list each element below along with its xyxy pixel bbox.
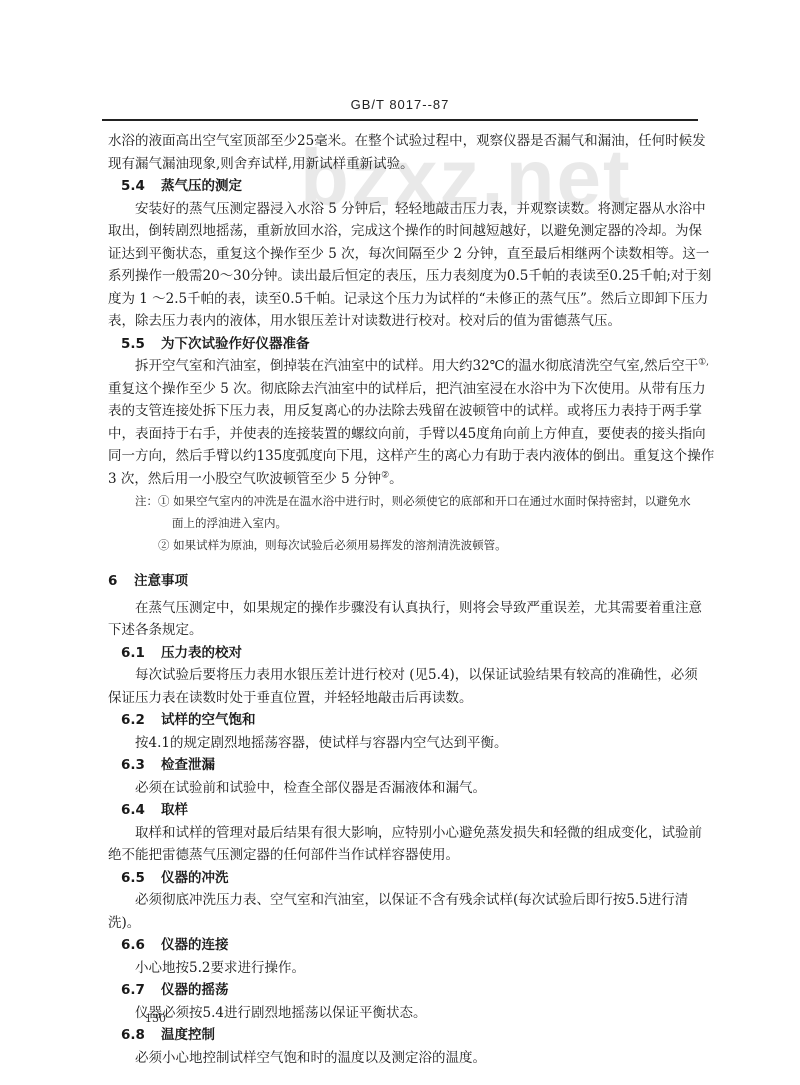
- section-number: 6.3: [121, 754, 161, 777]
- section-number: 6.7: [121, 979, 161, 1002]
- paragraph-line: 中，表面持于右手，并使表的连接装置的螺纹向前，手臂以45度角向前上方伸直，要使表…: [108, 423, 698, 446]
- line-text: 拆开空气室和汽油室，倒掉装在汽油室中的试样。用大约32℃的温水彻底清洗空气室,然…: [135, 358, 698, 374]
- section-number: 6.5: [121, 867, 161, 890]
- paragraph-line: 表的支管连接处拆下压力表，用反复离心的办法除去残留在波顿管中的试样。或将压力表持…: [108, 400, 698, 423]
- paragraph-line: 必须在试验前和试验中，检查全部仪器是否漏液体和漏气。: [108, 777, 698, 800]
- paragraph-line: 同一方向，然后手臂以约135度弧度向下甩，这样产生的离心力有助于表内液体的倒出。…: [108, 445, 698, 468]
- section-title: 温度控制: [161, 1027, 215, 1043]
- section-title: 检查泄漏: [161, 757, 215, 773]
- section-number: 6.8: [121, 1024, 161, 1047]
- section-number: 6: [108, 570, 134, 593]
- line-text: 3 次，然后用一小股空气吹波顿管至少 5 分钟: [108, 471, 381, 487]
- paragraph-line: 表，除去压力表内的液体，用水银压差计对读数进行校对。校对后的值为雷德蒸气压。: [108, 310, 698, 333]
- paragraph-line: 取样和试样的管理对最后结果有很大影响，应特别小心避免蒸发损失和轻微的组成变化，试…: [108, 822, 698, 845]
- paragraph-line: 按4.1的规定剧烈地摇荡容器，使试样与容器内空气达到平衡。: [108, 732, 698, 755]
- paragraph-line: 拆开空气室和汽油室，倒掉装在汽油室中的试样。用大约32℃的温水彻底清洗空气室,然…: [108, 355, 698, 378]
- section-number: 6.6: [121, 934, 161, 957]
- paragraph-line: 绝不能把雷德蒸气压测定器的任何部件当作试样容器使用。: [108, 844, 698, 867]
- section-title: 压力表的校对: [161, 645, 242, 661]
- paragraph-line: 系列操作一般需20～30分钟。读出最后恒定的表压，压力表刻度为0.5千帕的表读至…: [108, 265, 698, 288]
- note-text: 如果试样为原油，则每次试验后必须用易挥发的溶剂清洗波顿管。: [173, 538, 507, 552]
- footnote-1-continued: 面上的浮油进入室内。: [108, 512, 698, 534]
- section-heading-6-2: 6.2试样的空气饱和: [108, 709, 698, 732]
- footnote-ref-1: ①,: [698, 358, 709, 368]
- line-text: 。: [389, 471, 403, 487]
- footnote-2: ② 如果试样为原油，则每次试验后必须用易挥发的溶剂清洗波顿管。: [108, 534, 698, 556]
- section-number: 6.4: [121, 799, 161, 822]
- section-title: 仪器的连接: [161, 937, 229, 953]
- section-heading-6-8: 6.8温度控制: [108, 1024, 698, 1047]
- section-heading-6-3: 6.3检查泄漏: [108, 754, 698, 777]
- paragraph-line: 现有漏气漏油现象,则舍弃试样,用新试样重新试验。: [108, 153, 698, 176]
- paragraph-line: 水浴的液面高出空气室顶部至少25毫米。在整个试验过程中，观察仪器是否漏气和漏油，…: [108, 130, 698, 153]
- section-number: 6.1: [121, 642, 161, 665]
- section-heading-6-5: 6.5仪器的冲洗: [108, 867, 698, 890]
- paragraph-line: 取出，倒转剧烈地摇荡，重新放回水浴，完成这个操作的时间越短越好，以避免测定器的冷…: [108, 220, 698, 243]
- paragraph-line: 洗)。: [108, 912, 698, 935]
- section-number: 5.4: [121, 175, 161, 198]
- paragraph-line: 证达到平衡状态，重复这个操作至少 5 次，每次间隔至少 2 分钟，直至最后相继两…: [108, 243, 698, 266]
- paragraph-line: 保证压力表在读数时处于垂直位置，并轻轻地敲击后再读数。: [108, 687, 698, 710]
- section-heading-6-4: 6.4取样: [108, 799, 698, 822]
- note-mark: ②: [158, 538, 170, 552]
- document-page: GB/T 8017--87 bzxz.net 水浴的液面高出空气室顶部至少25毫…: [0, 0, 800, 1085]
- section-heading-6: 6注意事项: [108, 570, 698, 593]
- note-text: 如果空气室内的冲洗是在温水浴中进行时，则必须使它的底部和开口在通过水面时保持密封…: [173, 494, 691, 508]
- paragraph-line: 3 次，然后用一小股空气吹波顿管至少 5 分钟②。: [108, 468, 698, 491]
- paragraph-line: 度为 1 ～2.5千帕的表，读至0.5千帕。记录这个压力为试样的“未修正的蒸气压…: [108, 288, 698, 311]
- section-title: 取样: [161, 802, 188, 818]
- section-title: 试样的空气饱和: [161, 712, 256, 728]
- paragraph-line: 每次试验后要将压力表用水银压差计进行校对 (见5.4)，以保证试验结果有较高的准…: [108, 664, 698, 687]
- section-heading-6-7: 6.7仪器的摇荡: [108, 979, 698, 1002]
- section-heading-6-6: 6.6仪器的连接: [108, 934, 698, 957]
- note-mark: ①: [158, 494, 170, 508]
- section-title: 仪器的摇荡: [161, 982, 229, 998]
- header-rule: [102, 119, 698, 121]
- paragraph-line: 小心地按5.2要求进行操作。: [108, 957, 698, 980]
- paragraph-line: 必须彻底冲洗压力表、空气室和汽油室，以保证不含有残余试样(每次试验后即行按5.5…: [108, 889, 698, 912]
- footnote-ref-2: ②: [381, 470, 389, 480]
- paragraph-line: 安装好的蒸气压测定器浸入水浴 5 分钟后，轻轻地敲击压力表，并观察读数。将测定器…: [108, 198, 698, 221]
- paragraph-line: 必须小心地控制试样空气饱和时的温度以及测定浴的温度。: [108, 1047, 698, 1070]
- footnote-1: 注：① 如果空气室内的冲洗是在温水浴中进行时，则必须使它的底部和开口在通过水面时…: [108, 490, 698, 512]
- paragraph-line: 在蒸气压测定中，如果规定的操作步骤没有认真执行，则将会导致严重误差，尤其需要着重…: [108, 597, 698, 620]
- note-label: 注：: [135, 494, 158, 508]
- section-title: 仪器的冲洗: [161, 870, 229, 886]
- section-number: 5.5: [121, 333, 161, 356]
- paragraph-line: 仪器必须按5.4进行剧烈地摇荡以保证平衡状态。: [108, 1002, 698, 1025]
- section-title: 蒸气压的测定: [161, 178, 242, 194]
- paragraph-line: 重复这个操作至少 5 次。彻底除去汽油室中的试样后，把汽油室浸在水浴中为下次使用…: [108, 378, 698, 401]
- section-heading-6-1: 6.1压力表的校对: [108, 642, 698, 665]
- section-title: 注意事项: [134, 573, 188, 589]
- paragraph-line: 下述各条规定。: [108, 619, 698, 642]
- section-heading-5-5: 5.5为下次试验作好仪器准备: [108, 333, 698, 356]
- section-title: 为下次试验作好仪器准备: [161, 336, 310, 352]
- section-heading-5-4: 5.4蒸气压的测定: [108, 175, 698, 198]
- standard-code-header: GB/T 8017--87: [0, 97, 800, 112]
- section-number: 6.2: [121, 709, 161, 732]
- document-body: 水浴的液面高出空气室顶部至少25毫米。在整个试验过程中，观察仪器是否漏气和漏油，…: [108, 130, 698, 1069]
